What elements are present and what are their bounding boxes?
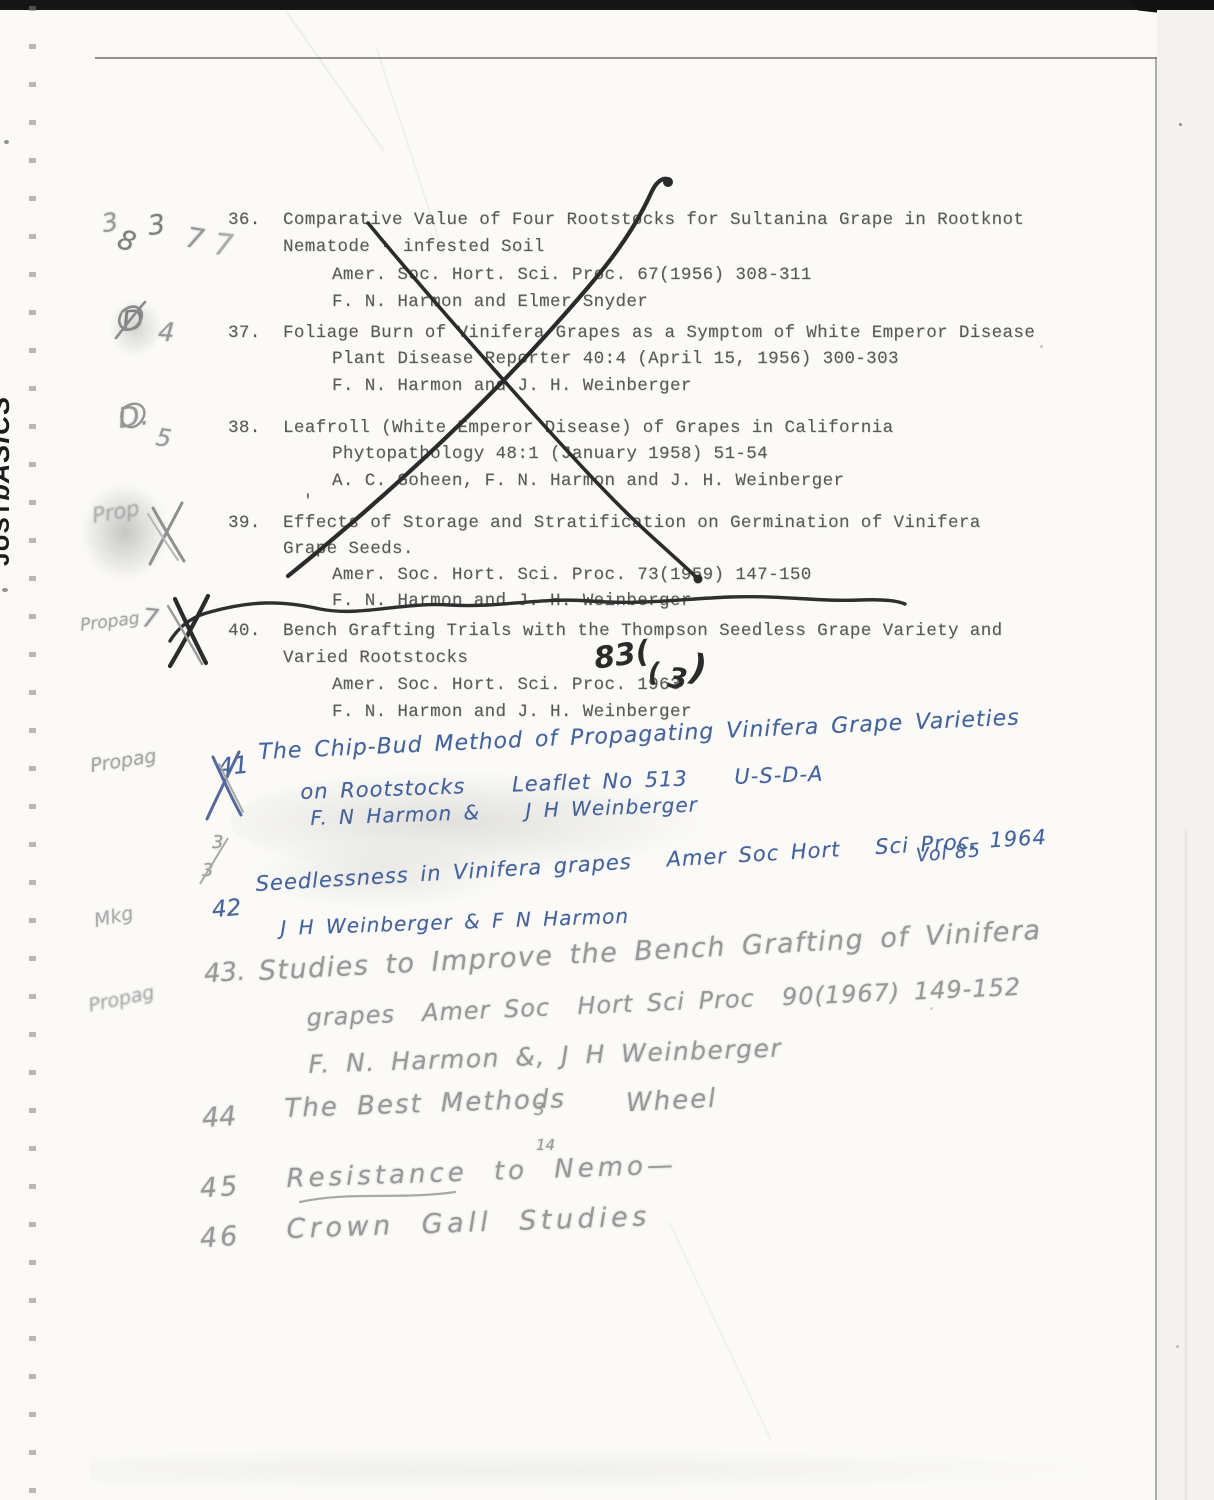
x-mark-41 — [207, 752, 239, 819]
x-mark-39 — [153, 508, 184, 561]
crossout-x-end-blob — [694, 575, 703, 584]
scribble-over-d37 — [116, 302, 145, 338]
scanned-document-page: { "colors": { "typed": "#4e4e4e", "ink":… — [0, 0, 1214, 1500]
resistance-flourish — [300, 1192, 455, 1202]
pen-marks-overlay — [0, 0, 1214, 1500]
crossout-x-stroke-a — [288, 179, 670, 576]
x-mark-41 — [213, 757, 241, 815]
scribble-over-d38 — [121, 404, 144, 427]
crossout-x-tip-blob — [663, 177, 673, 187]
fraction-slash — [200, 838, 228, 884]
wavy-separator-line — [170, 597, 905, 641]
crossout-x-stroke-b — [368, 223, 697, 578]
